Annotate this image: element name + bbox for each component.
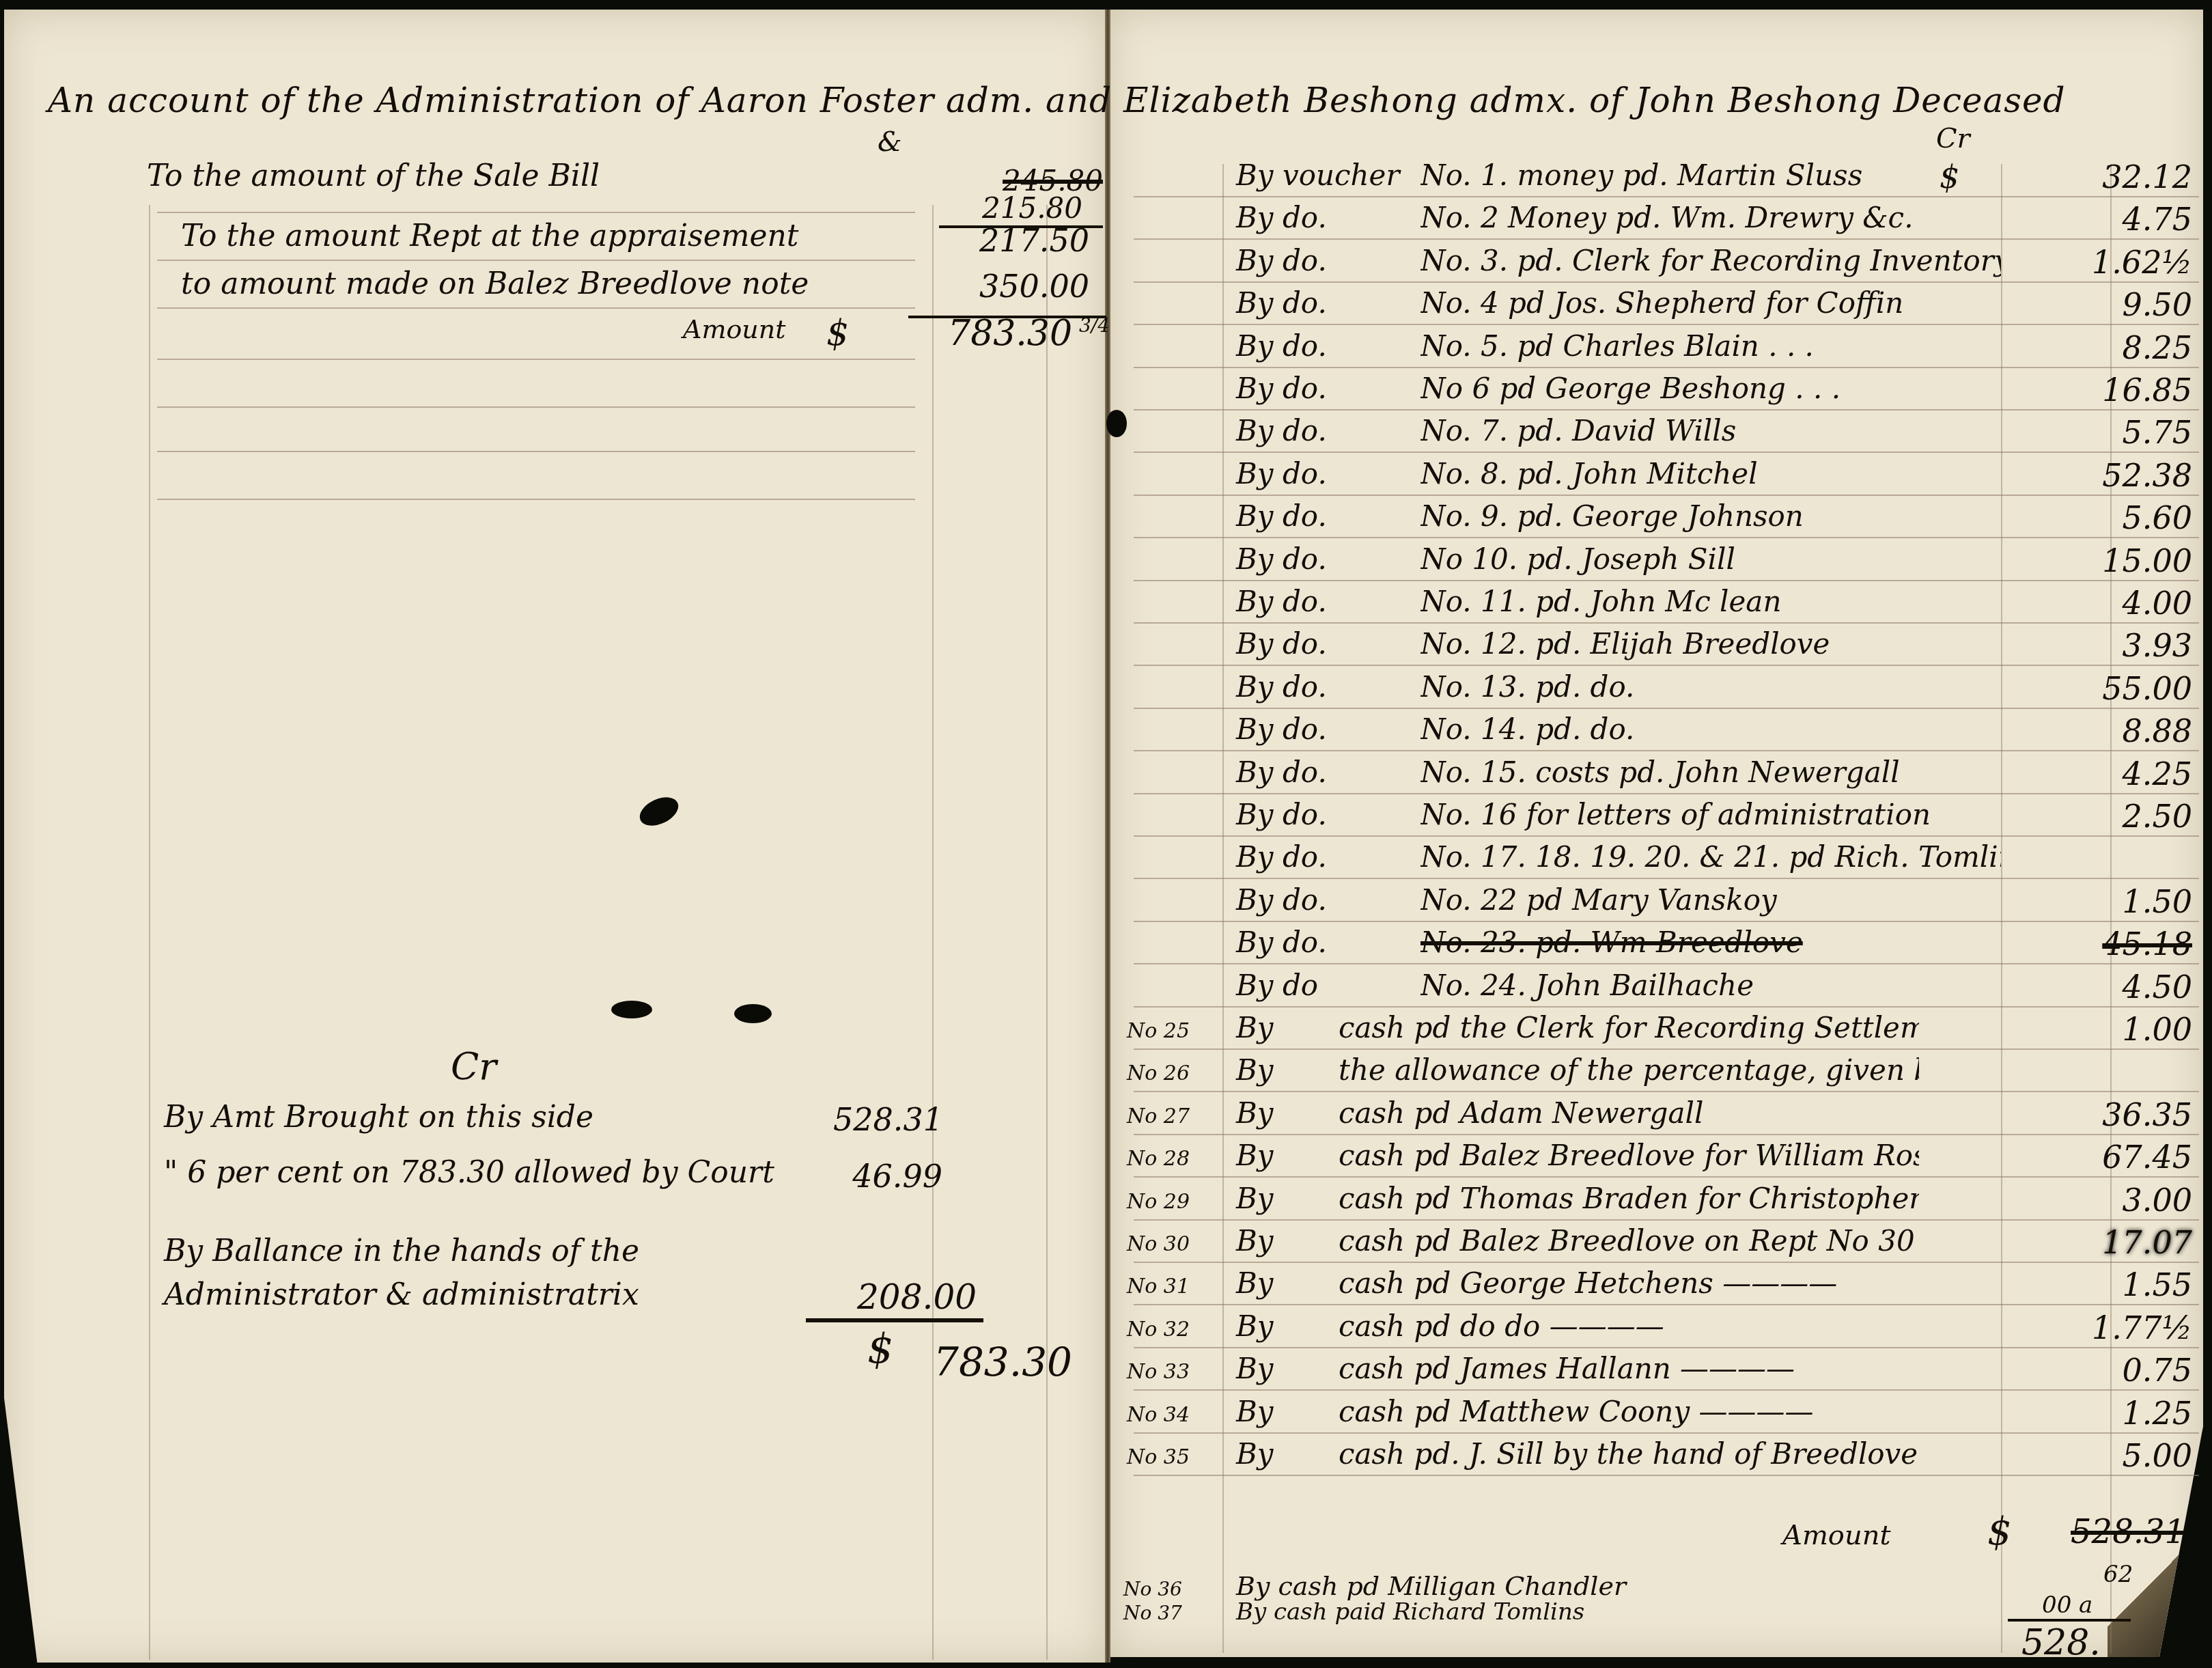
voucher-description: No. 9. pd. George Johnson [1420,499,1804,533]
voucher-amount: 8.88 [2001,712,2192,749]
ruled-line [1134,793,2199,794]
credit-amount-balance: 208.00 [840,1277,977,1317]
voucher-description: No. 22 pd Mary Vanskoy [1420,883,1777,917]
voucher-description: cash pd Thomas Braden for Christopher Zu… [1339,1182,1919,1215]
ruled-line [1134,196,2199,197]
voucher-description: No. 2 Money pd. Wm. Drewry &c. [1420,201,1914,234]
ruled-line [1134,495,2199,496]
credit-heading: Cr [451,1045,496,1088]
voucher-amount: 4.00 [2001,585,2192,622]
voucher-number: No 31 [1127,1275,1190,1298]
ampersand-mark: & [878,126,902,158]
voucher-prefix: By do. [1236,542,1327,576]
voucher-prefix: By do. [1236,883,1327,917]
voucher-amount: 4.25 [2001,755,2192,792]
voucher-number: No 32 [1127,1318,1190,1342]
voucher-prefix: By [1236,1395,1274,1428]
voucher-prefix: By do. [1236,670,1327,704]
voucher-number: No 35 [1127,1445,1190,1469]
ruled-line [1134,367,2199,368]
ruled-line [1134,451,2199,453]
voucher-amount: 3.93 [2001,627,2192,664]
voucher-number: No 26 [1127,1061,1190,1085]
ruled-line [1134,1347,2199,1348]
ruled-line [1134,281,2199,283]
ruled-line [1134,750,2199,751]
right-total-label: Amount [1782,1520,1891,1551]
voucher-description: No. 14. pd. do. [1420,712,1634,746]
credit-entry-percentage: " 6 per cent on 783.30 allowed by Court [164,1154,792,1191]
document-title: An account of the Administration of Aaro… [48,81,2066,120]
voucher-description: No. 3. pd. Clerk for Recording Inventory [1420,244,2001,277]
late-entry-no-36: No 36 [1123,1578,1182,1600]
voucher-description: cash pd do do ———— [1339,1309,1664,1343]
voucher-description: No. 8. pd. John Mitchel [1420,457,1758,490]
right-final-total-value: 528. [2021,1622,2101,1663]
ruled-line [1134,1304,2199,1305]
ruled-line [1134,1134,2199,1135]
voucher-description: No. 15. costs pd. John Newergall [1420,755,1900,789]
voucher-description: cash pd George Hetchens ———— [1339,1266,1837,1300]
voucher-description: No. 7. pd. David Wills [1420,414,1736,447]
credit-amount-brought: 528.31 [833,1101,942,1138]
ruled-line [1134,878,2199,879]
credit-total-value: 783.30 [915,1339,1072,1385]
voucher-prefix: By [1236,1053,1274,1087]
debit-entry-appraisement: To the amount Rept at the appraisement [181,219,799,253]
voucher-description: cash pd Adam Newergall [1339,1096,1703,1130]
voucher-description: No. 16 for letters of administration [1420,798,1931,831]
ruled-line [157,451,915,452]
credit-entry-balance: By Ballance in the hands of the Administ… [164,1229,813,1317]
voucher-amount: 8.25 [2001,329,2192,366]
voucher-description: cash pd Balez Breedlove on Rept No 30 — … [1339,1224,1919,1257]
left-margin-rule [149,205,150,1660]
right-total-line-1: 62 [2103,1561,2133,1588]
ruled-line [1134,324,2199,325]
voucher-number: No 28 [1127,1147,1190,1171]
voucher-prefix: By [1236,1224,1274,1257]
ruled-line [1134,665,2199,666]
ruled-line [157,406,915,408]
voucher-description: cash pd James Hallann ———— [1339,1352,1795,1385]
voucher-description: No 10. pd. Joseph Sill [1420,542,1735,576]
voucher-prefix: By [1236,1182,1274,1215]
debit-total-label: Amount [683,314,786,344]
voucher-description: No. 5. pd Charles Blain . . . [1420,329,1814,363]
voucher-prefix: By do. [1236,329,1327,363]
center-fold [1105,10,1110,1663]
voucher-amount: 1.00 [2001,1011,2192,1048]
ink-blot [1106,410,1127,437]
ruled-line [1134,1432,2199,1434]
voucher-description: No. 12. pd. Elijah Breedlove [1420,627,1830,661]
late-entry-no-37: No 37 [1123,1602,1182,1624]
right-total-currency: $ [1987,1510,2012,1554]
voucher-prefix: By do. [1236,926,1327,959]
voucher-prefix: By do. [1236,286,1327,320]
voucher-prefix: By do. [1236,712,1327,746]
voucher-prefix: By [1236,1352,1274,1385]
ruled-line [1134,580,2199,581]
left-dollar-column-rule [932,205,934,1660]
voucher-amount: 16.85 [2001,372,2192,408]
voucher-prefix: By [1236,1437,1274,1471]
right-total-struck-value: 528.31 [2021,1513,2185,1551]
debit-entry-breedlove-note: to amount made on Balez Breedlove note [181,266,809,301]
voucher-number: No 25 [1127,1019,1190,1043]
voucher-amount: 5.00 [2001,1437,2192,1474]
voucher-description: No. 11. pd. John Mc lean [1420,585,1781,618]
debit-amount-breedlove-note: 350.00 [946,268,1089,305]
credit-total-rule [806,1318,983,1322]
voucher-number: No 33 [1127,1360,1190,1384]
voucher-prefix: By do. [1236,457,1327,490]
voucher-amount: 0.75 [2001,1352,2192,1389]
ruled-line [157,499,915,500]
voucher-amount: 1.50 [2001,883,2192,920]
voucher-description: No. 17. 18. 19. 20. & 21. pd Rich. Tomli… [1420,840,2001,874]
voucher-prefix: By [1236,1266,1274,1300]
right-cr-mark: Cr [1936,123,1970,154]
voucher-prefix: By do. [1236,755,1327,789]
voucher-amount: 36.35 [2001,1096,2192,1133]
ruled-line [157,212,915,213]
debit-total-value: 783.30 [881,313,1072,354]
voucher-prefix: By do. [1236,627,1327,661]
voucher-description: No. 13. pd. do. [1420,670,1634,704]
voucher-prefix: By do. [1236,499,1327,533]
ink-blot [734,1004,772,1023]
left-cents-column-rule [1046,205,1048,1660]
voucher-amount: 5.60 [2001,499,2192,536]
ruled-line [1134,1006,2199,1007]
voucher-description: the allowance of the percentage, given b… [1339,1053,1919,1087]
voucher-prefix: By do. [1236,201,1327,234]
ruled-line [1134,708,2199,709]
debit-amount-appraisement: 217.50 [946,222,1089,259]
voucher-amount: 5.75 [2001,414,2192,451]
voucher-number: No 27 [1127,1104,1190,1128]
voucher-amount: 52.38 [2001,457,2192,494]
voucher-number: No 29 [1127,1190,1190,1214]
voucher-amount: 45.18 [2001,926,2192,962]
voucher-description: No. 4 pd Jos. Shepherd for Coffin [1420,286,1903,320]
right-margin-rule [1222,164,1224,1653]
voucher-amount: 3.00 [2001,1182,2192,1219]
voucher-amount: 67.45 [2001,1139,2192,1176]
ruled-line [1134,238,2199,240]
ruled-line [1134,1176,2199,1178]
voucher-prefix: By [1236,1309,1274,1343]
voucher-amount: 32.12 [2001,158,2192,195]
debit-amount-sale-bill: 215.80 [946,191,1082,225]
voucher-description: No 6 pd George Beshong . . . [1420,372,1840,405]
ruled-line [157,307,915,309]
voucher-description: cash pd the Clerk for Recording Settleme… [1339,1011,1919,1044]
ink-blot [611,1001,652,1018]
credit-total-currency: $ [867,1325,893,1373]
voucher-amount: 1.62½ [2001,244,2192,281]
voucher-amount: 1.55 [2001,1266,2192,1303]
voucher-prefix: By do. [1236,840,1327,874]
ruled-line [1134,1219,2199,1221]
voucher-amount: 2.50 [2001,798,2192,835]
voucher-description: No. 24. John Bailhache [1420,969,1754,1002]
late-entry-text-37: By cash paid Richard Tomlins [1236,1598,1584,1626]
ruled-line [157,359,915,360]
voucher-prefix: By do [1236,969,1318,1002]
debit-total-currency: $ [826,313,849,354]
ruled-line [1134,1389,2199,1391]
credit-amount-percentage: 46.99 [847,1158,942,1195]
voucher-currency: $ [1940,158,1959,195]
voucher-amount: 1.77½ [2001,1309,2192,1346]
right-final-total-rule [2008,1619,2131,1622]
ruled-line [1134,622,2199,624]
debit-total-fraction: 3/4 [1079,314,1110,337]
voucher-prefix: By [1236,1096,1274,1130]
ruled-line [1134,537,2199,538]
voucher-prefix: By [1236,1011,1274,1044]
voucher-prefix: By do. [1236,798,1327,831]
ruled-line [1134,963,2199,964]
ruled-line [1134,835,2199,837]
voucher-amount: 15.00 [2001,542,2192,579]
voucher-number: No 34 [1127,1403,1190,1427]
ruled-line [1134,1091,2199,1092]
voucher-prefix: By do. [1236,585,1327,618]
left-page [4,10,1106,1663]
voucher-amount: 4.75 [2001,201,2192,238]
late-entry-text-36: By cash pd Milligan Chandler [1236,1571,1626,1601]
voucher-amount: 55.00 [2001,670,2192,707]
voucher-description: No. 1. money pd. Martin Sluss [1420,158,1862,192]
ruled-line [1134,1048,2199,1050]
voucher-description: cash pd. J. Sill by the hand of Breedlov… [1339,1437,1918,1471]
ruled-line [1134,1262,2199,1263]
voucher-prefix: By do. [1236,414,1327,447]
voucher-amount: 1.25 [2001,1395,2192,1432]
voucher-description: cash pd Balez Breedlove for William Ross… [1339,1139,1919,1172]
voucher-prefix: By [1236,1139,1274,1172]
debit-entry-sale-bill: To the amount of the Sale Bill [147,158,600,193]
credit-entry-brought: By Amt Brought on this side [164,1100,813,1135]
voucher-amount: 4.50 [2001,969,2192,1005]
ruled-line [1134,1475,2199,1476]
voucher-amount: 9.50 [2001,286,2192,323]
voucher-prefix: By voucher [1236,158,1400,192]
voucher-description: cash pd Matthew Coony ———— [1339,1395,1813,1428]
ruled-line [157,260,915,261]
voucher-prefix: By do. [1236,372,1327,405]
ruled-line [1134,921,2199,922]
voucher-prefix: By do. [1236,244,1327,277]
ruled-line [1134,409,2199,411]
voucher-number: No 30 [1127,1232,1190,1256]
right-total-line-2: 00 a [2042,1591,2092,1619]
voucher-description: No. 23. pd. Wm Breedlove [1420,926,1803,959]
voucher-amount: 17.07 [2001,1224,2192,1261]
